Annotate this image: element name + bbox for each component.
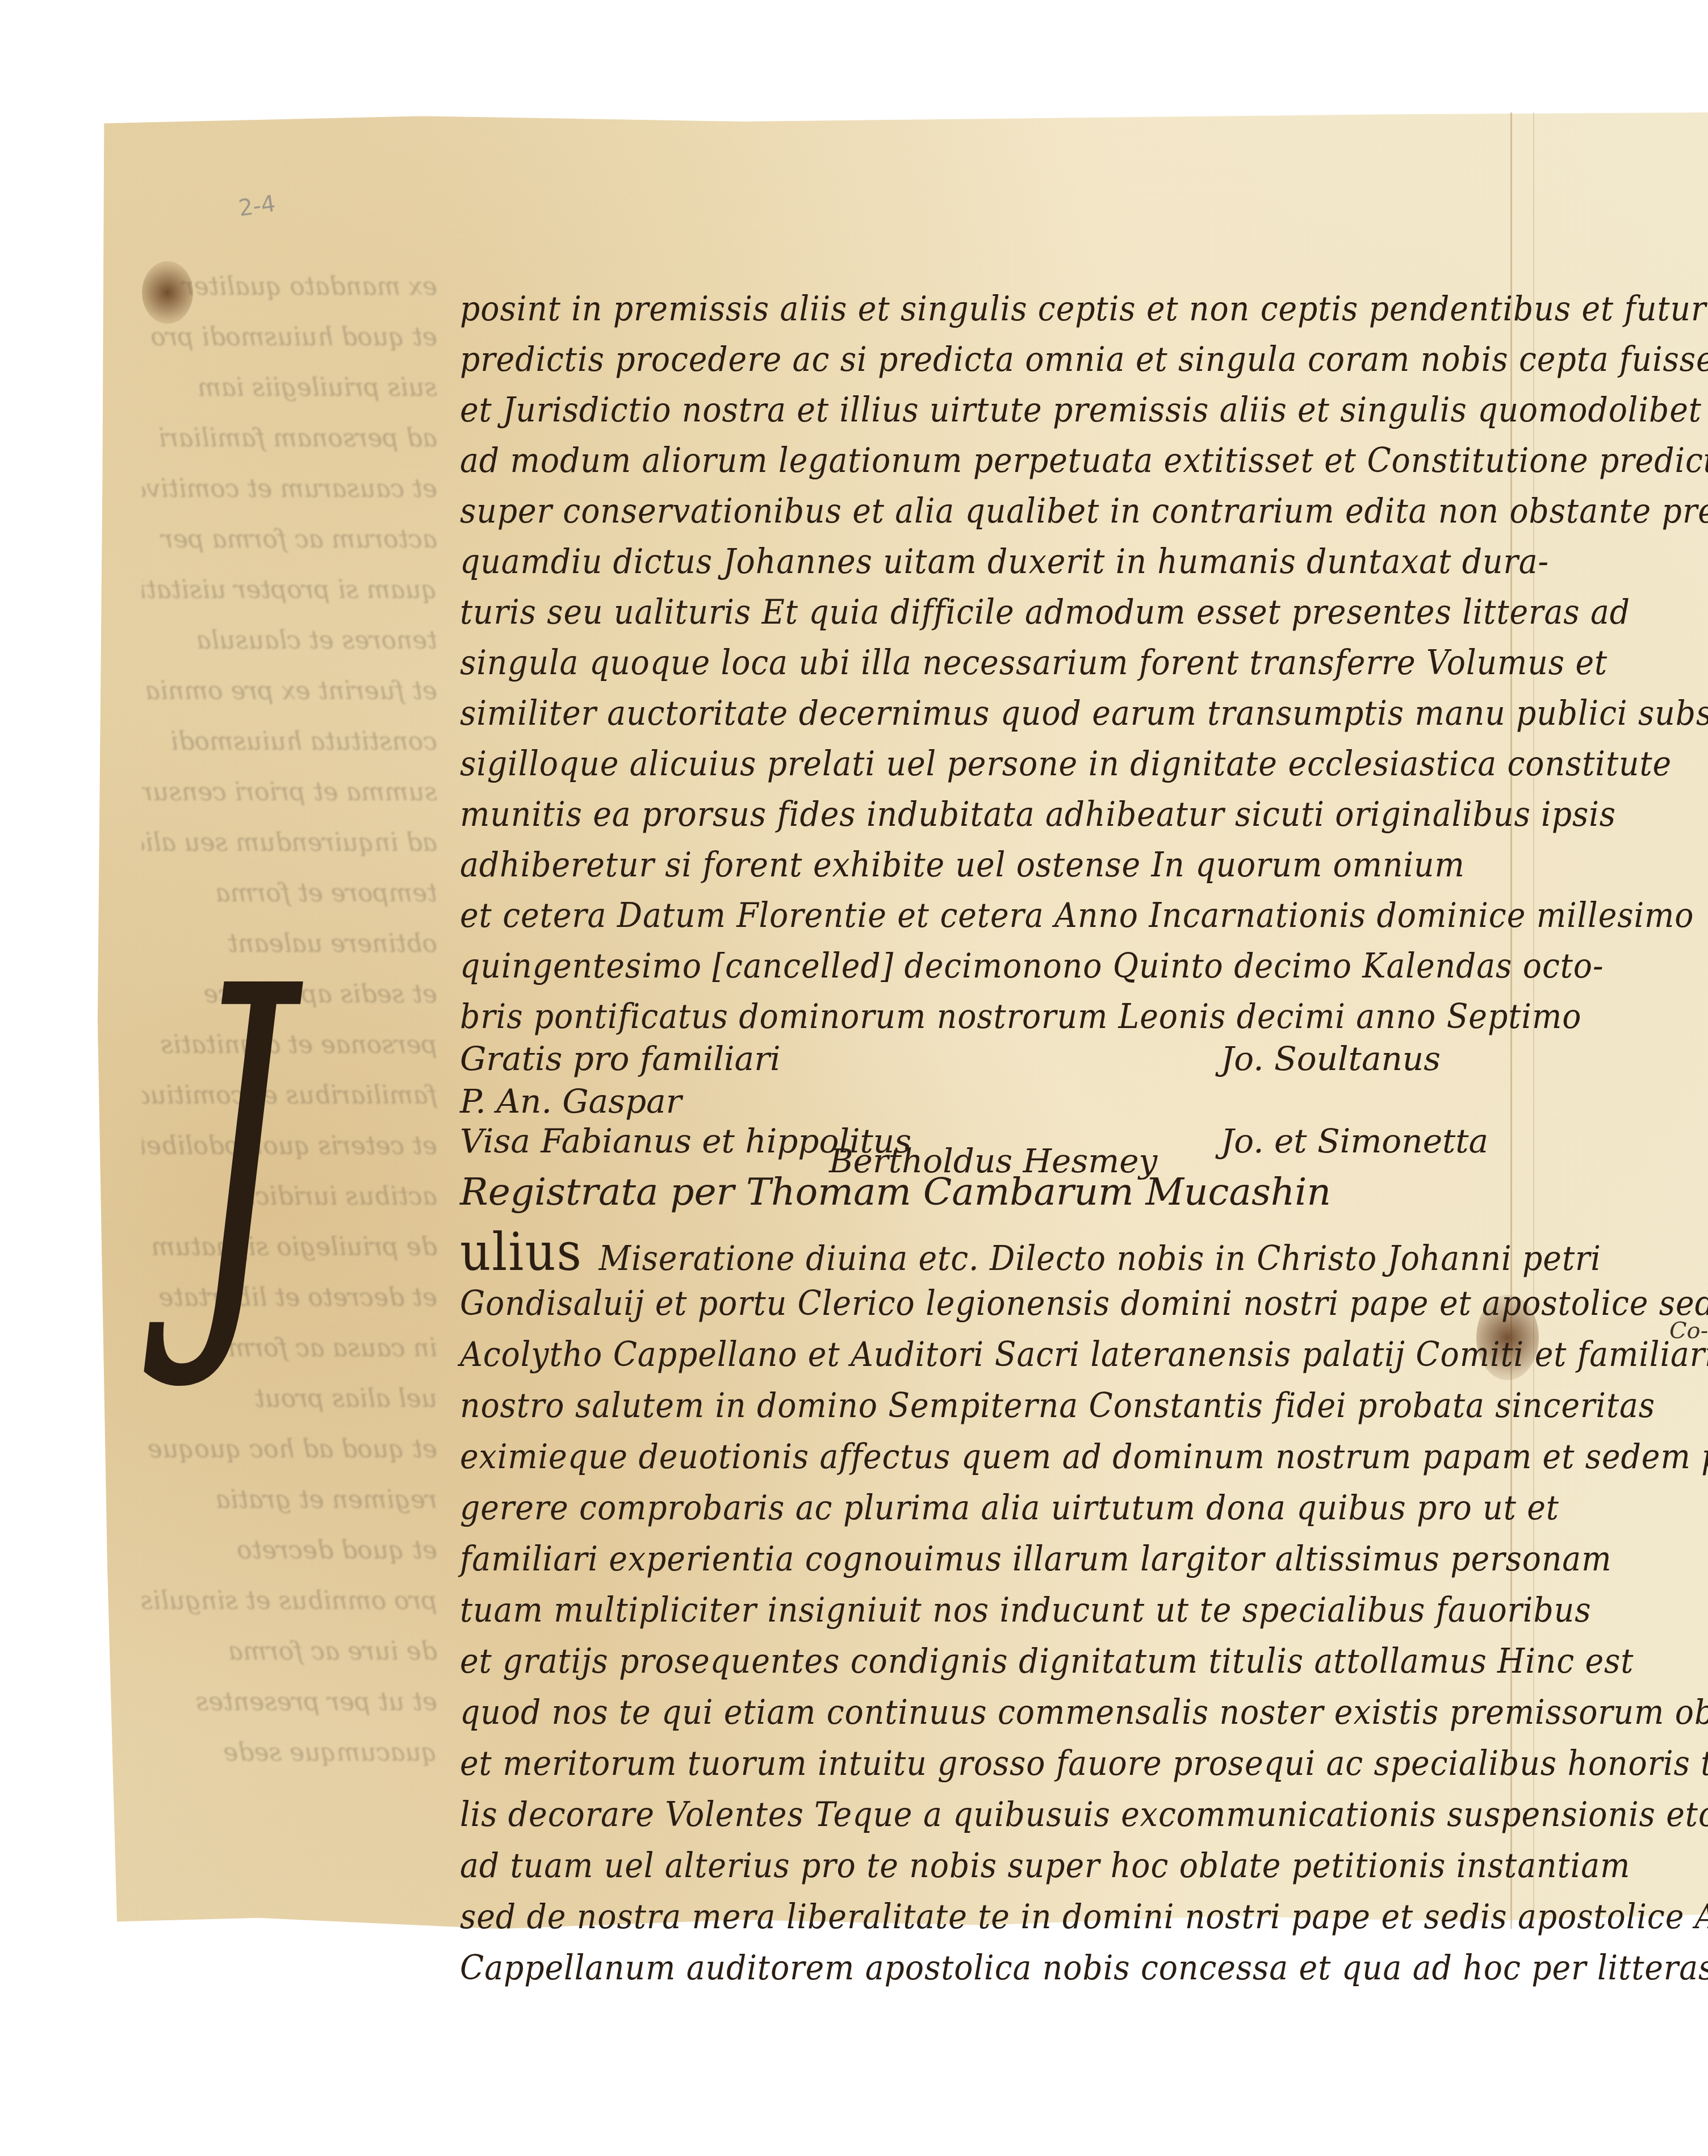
- signature-gaspar: P. An. Gaspar: [460, 1082, 681, 1121]
- manuscript-line: adhiberetur si forent exhibite uel osten…: [460, 840, 1431, 891]
- bleed-through-line: et quod ad hoc quoque: [142, 1424, 437, 1474]
- manuscript-line: familiari experientia cognouimus illarum…: [460, 1534, 1431, 1585]
- manuscript-line: Gondisaluij et portu Clerico legionensis…: [460, 1278, 1431, 1329]
- manuscript-line: similiter auctoritate decernimus quod ea…: [460, 688, 1431, 739]
- margin-note-right: Co-: [1669, 1318, 1708, 1344]
- manuscript-line: singula quoque loca ubi illa necessarium…: [460, 638, 1431, 688]
- bleed-through-line: et quod decreto: [142, 1525, 437, 1576]
- pencil-folio-number: 2-4: [237, 191, 277, 222]
- manuscript-line: et cetera Datum Florentie et cetera Anno…: [460, 891, 1431, 941]
- manuscript-line: quingentesimo [cancelled] decimonono Qui…: [460, 941, 1431, 992]
- manuscript-line: Acolytho Cappellano et Auditori Sacri la…: [460, 1329, 1431, 1380]
- signature-soultanus: Jo. Soultanus: [1221, 1039, 1441, 1078]
- section-opening-word: ulius: [460, 1222, 599, 1282]
- bleed-through-line: tenores et clausula: [142, 615, 437, 666]
- manuscript-line: et meritorum tuorum intuitu grosso fauor…: [460, 1738, 1431, 1789]
- manuscript-line: ulius Miseratione diuina etc. Dilecto no…: [460, 1227, 1431, 1278]
- bleed-through-line: ex mandato qualiter: [142, 261, 437, 312]
- bleed-through-line: regimen et gratia: [142, 1474, 437, 1525]
- bleed-through-line: et causarum et comitiva: [142, 463, 437, 514]
- manuscript-line: Cappellanum auditorem apostolica nobis c…: [460, 1942, 1431, 1994]
- decorative-initial-j: J: [187, 931, 291, 1363]
- bleed-through-line: pro omnibus et singulis: [142, 1576, 437, 1626]
- manuscript-line: turis seu ualituris Et quia difficile ad…: [460, 587, 1431, 638]
- manuscript-line: sigilloque alicuius prelati uel persone …: [460, 739, 1431, 789]
- bleed-through-line: actorum ac forma per: [142, 514, 437, 565]
- bleed-through-line: et ut per presentes: [142, 1677, 437, 1727]
- manuscript-line: lis decorare Volentes Teque a quibusuis …: [460, 1789, 1431, 1840]
- bleed-through-line: ad personam familiari: [142, 413, 437, 463]
- manuscript-line: tuam multipliciter insigniuit nos inducu…: [460, 1585, 1431, 1636]
- bleed-through-line: de iure ac forma: [142, 1626, 437, 1677]
- manuscript-line: sed de nostra mera liberalitate te in do…: [460, 1891, 1431, 1942]
- manuscript-line: et Jurisdictio nostra et illius uirtute …: [460, 385, 1431, 436]
- manuscript-line: super conservationibus et alia qualibet …: [460, 486, 1431, 537]
- manuscript-line-text: Miseratione diuina etc. Dilecto nobis in…: [599, 1239, 1601, 1278]
- manuscript-line: bris pontificatus dominorum nostrorum Le…: [460, 992, 1431, 1042]
- bleed-through-line: constituta huiusmodi: [142, 716, 437, 767]
- manuscript-line: gerere comprobaris ac plurima alia uirtu…: [460, 1482, 1431, 1534]
- manuscript-line: quamdiu dictus Johannes uitam duxerit in…: [460, 537, 1431, 587]
- bleed-through-line: summa et priori censura: [142, 767, 437, 817]
- bleed-through-line: quam si propter uisitationis: [142, 565, 437, 615]
- bleed-through-line: et fuerint ex pre omnia: [142, 666, 437, 716]
- bleed-through-line: quacumque sede: [142, 1727, 437, 1778]
- manuscript-line: nostro salutem in domino Sempiterna Cons…: [460, 1380, 1431, 1431]
- manuscript-line: ad tuam uel alterius pro te nobis super …: [460, 1840, 1431, 1891]
- manuscript-line: quod nos te qui etiam continuus commensa…: [460, 1687, 1431, 1738]
- signature-gratis: Gratis pro familiari: [460, 1039, 780, 1078]
- manuscript-line: munitis ea prorsus fides indubitata adhi…: [460, 789, 1431, 840]
- bleed-through-line: suis priuilegiis iam: [142, 362, 437, 413]
- manuscript-line: posint in premissis aliis et singulis ce…: [460, 284, 1431, 335]
- bleed-through-line: ad inquirendum seu alia: [142, 817, 437, 868]
- registration-note: Registrata per Thomam Cambarum Mucashin: [460, 1170, 1331, 1214]
- manuscript-line: et gratijs prosequentes condignis dignit…: [460, 1636, 1431, 1687]
- signature-simonetta: Jo. et Simonetta: [1221, 1122, 1488, 1160]
- bleed-through-line: et quod huiusmodi pro: [142, 312, 437, 362]
- manuscript-line: predictis procedere ac si predicta omnia…: [460, 335, 1431, 385]
- first-text-section: posint in premissis aliis et singulis ce…: [460, 284, 1516, 1042]
- manuscript-line: eximieque deuotionis affectus quem ad do…: [460, 1431, 1431, 1482]
- manuscript-line: ad modum aliorum legationum perpetuata e…: [460, 436, 1431, 486]
- second-text-section: ulius Miseratione diuina etc. Dilecto no…: [460, 1227, 1516, 1994]
